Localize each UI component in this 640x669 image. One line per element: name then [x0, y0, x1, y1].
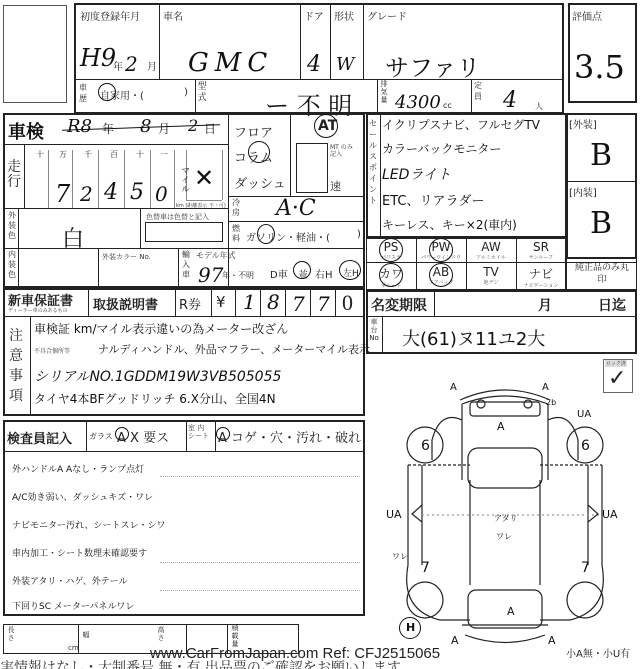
chassis-label: 車台No	[368, 318, 380, 342]
model-type-label: 型式	[196, 82, 208, 104]
recycle-digit: 8	[267, 290, 280, 314]
diagram-mark: H	[406, 621, 415, 634]
recycle-digit: 7	[317, 292, 330, 316]
diagram-mark: A	[542, 382, 549, 393]
notes-line: ナルディハンドル、外品マフラー、メーターマイル表示	[98, 341, 370, 357]
ac-label: 冷房	[230, 198, 242, 218]
inspection-date: R8 年 8 月 2 日	[62, 116, 222, 140]
diagram-mark: 7	[421, 560, 430, 576]
usage-value: 自家用・(	[100, 87, 144, 102]
diagram-mark: A	[497, 420, 505, 433]
diagram-mark: A	[507, 605, 515, 618]
height-label: 高さ	[155, 626, 167, 642]
transmission-type: AT	[318, 118, 337, 134]
first-registration-label: 初度登録年月	[80, 8, 140, 23]
sales-points-label: セールスポイント	[367, 118, 379, 206]
equip-navi: ナビナビゲーション	[516, 265, 566, 289]
glass-a-circle	[115, 427, 129, 441]
doors-value: 4	[307, 52, 321, 77]
recycle-digit: 1	[243, 290, 256, 314]
equip-pw-circle	[429, 238, 453, 262]
notes-label: 注意事項	[8, 326, 24, 406]
handle-parallel-circle	[293, 261, 311, 279]
diagram-mark: ワレ	[392, 551, 408, 562]
diagram-mark: UA	[386, 508, 402, 521]
grade-value: サファリ	[385, 48, 481, 83]
mileage-digit: 4	[104, 180, 118, 205]
equip-leather-circle	[379, 263, 403, 287]
shape-value: W	[336, 54, 355, 75]
interior-grade-value: B	[590, 206, 612, 241]
recycle-label: R券	[179, 294, 201, 313]
doors-label: ドア	[304, 8, 324, 23]
exterior-grade-value: B	[590, 138, 612, 173]
displacement-label: 排気量	[378, 80, 390, 104]
mileage-digit: 5	[130, 180, 144, 205]
diagram-mark: ワレ	[496, 531, 512, 542]
warranty-sub: ディーラー車のみあるもの	[8, 307, 68, 314]
mt-note-label: MT のみ記入	[330, 144, 360, 158]
shift-column-circle	[248, 141, 270, 163]
equip-ab-circle	[429, 263, 453, 287]
inspector-line: 車内加工・シート数理未確認要す	[12, 546, 147, 559]
exterior-color-label: 外装色	[6, 211, 18, 241]
bottom-cut-text: 実情報はなし・大制番号 無・有 出品票のご確認をお願いします	[0, 657, 640, 669]
inspector-label: 検査員記入	[7, 428, 72, 447]
color-no-label: 外装カラー No.	[102, 252, 151, 262]
score-value: 3.5	[574, 48, 625, 86]
width-label: 幅	[80, 630, 92, 641]
interior-seat-label: 室 内シート	[188, 424, 214, 440]
seat-a-circle	[216, 427, 230, 441]
recycle-digit: 0	[342, 290, 353, 316]
shift-dash: ダッシュ	[234, 173, 286, 192]
diagram-mark: アタリ	[494, 513, 517, 524]
interior-seat-value: A コゲ・穴・汚れ・破れ	[218, 427, 361, 446]
car-name-value: GMC	[188, 48, 273, 78]
equip-tv: TV地デジ	[466, 265, 516, 286]
name-change-label: 名変期限	[371, 295, 427, 315]
chassis-value: 大(61)ヌ11ユ2大	[402, 325, 545, 351]
diagram-mark: A	[548, 634, 556, 647]
inspector-line: A/C効き弱い、ダッシュキズ・ワレ	[12, 490, 153, 503]
diagram-mark: 6	[421, 438, 430, 454]
equip-ps-circle	[379, 238, 403, 262]
diagram-mark: 2b	[546, 398, 556, 407]
manual-label: 取扱説明書	[93, 294, 158, 313]
stamp-box	[3, 5, 67, 103]
shift-floor: フロア	[234, 122, 273, 141]
import-label: 輸入車	[180, 250, 192, 280]
repaint-label: 色替車は色替と記入	[146, 212, 209, 222]
mileage-digit: 7	[55, 180, 70, 208]
fuel-label: 燃料	[230, 224, 242, 244]
interior-grade-label: [内装]	[569, 184, 597, 199]
diagram-mark: A	[451, 634, 459, 647]
registration-era-year: H9	[80, 44, 116, 72]
fuel-gasoline-circle	[257, 224, 275, 244]
inspector-line: 外ハンドルA Aなし・ランプ点灯	[12, 462, 144, 475]
sales-point-line: LEDライト	[382, 164, 451, 184]
handle-option: 右H	[315, 266, 333, 281]
mt-speed-label: 速	[330, 178, 341, 194]
capacity-value: 4	[503, 88, 517, 113]
mileage-unknown-mark: ✕	[194, 164, 214, 192]
diagram-mark: 7	[581, 560, 590, 576]
glass-label: ガラス	[89, 431, 113, 442]
inspector-line: 外装アタリ・ハゲ、外テール	[12, 574, 128, 587]
inspector-line: ナビモニター汚れ、シートスレ・シワ	[12, 518, 165, 531]
mileage-digit: 2	[80, 182, 93, 206]
recycle-digit: 7	[292, 292, 305, 316]
model-year-label: モデル年式	[196, 250, 236, 261]
sales-point-line: ETC、リアラダー	[382, 190, 484, 209]
defects-label: 不具合個所等	[34, 346, 70, 355]
mileage-digit: 0	[155, 182, 168, 206]
sales-point-line: イクリプスナビ、フルセグTV	[382, 116, 540, 133]
equip-sr: SRサンルーフ	[516, 240, 566, 261]
inspector-line: 下回りSC メーターパネルワレ	[12, 599, 134, 612]
handle-left-circle	[339, 260, 361, 280]
mt-speed-field	[296, 143, 328, 193]
notes-line: 車検証 km/マイル表示違いの為メーター改ざん	[34, 320, 288, 337]
sales-point-line: キーレス、キー×2(車内)	[382, 216, 517, 233]
score-label: 評価点	[572, 8, 602, 23]
mileage-label: 走行	[6, 160, 22, 190]
diagram-mark: UA	[577, 409, 591, 420]
exterior-grade-label: [外装]	[569, 116, 597, 131]
diagram-mark: A	[450, 382, 457, 393]
length-label: 長さ	[5, 626, 17, 642]
sales-point-line: カラーバックモニター	[382, 140, 501, 157]
handle-d-label: D車	[270, 266, 288, 281]
repaint-field	[145, 222, 223, 242]
car-name-label: 車名	[163, 8, 183, 23]
diagram-mark: 6	[581, 438, 590, 454]
capacity-label: 定員	[472, 80, 484, 102]
diagram-mark: UA	[602, 508, 618, 521]
interior-color-label: 内装色	[6, 250, 18, 280]
ac-value: A·C	[276, 196, 316, 221]
shape-label: 形状	[334, 8, 354, 23]
notes-line: タイヤ4本BFグッドリッチ 6.X分山、全国4N	[34, 390, 276, 407]
displacement-value: 4300	[395, 92, 441, 113]
model-year-value: 97	[198, 263, 223, 287]
inspection-label: 車検	[8, 118, 44, 144]
equip-aw: AWアルミホイル	[466, 240, 516, 261]
registration-month: 2	[125, 52, 138, 76]
grade-label: グレード	[367, 8, 407, 23]
mileage-unit-note: マイル	[178, 166, 191, 193]
notes-line: シリアルNO.1GDDM19W3VB505055	[34, 366, 281, 386]
genuine-note: 純正品のみ丸印	[572, 262, 632, 286]
